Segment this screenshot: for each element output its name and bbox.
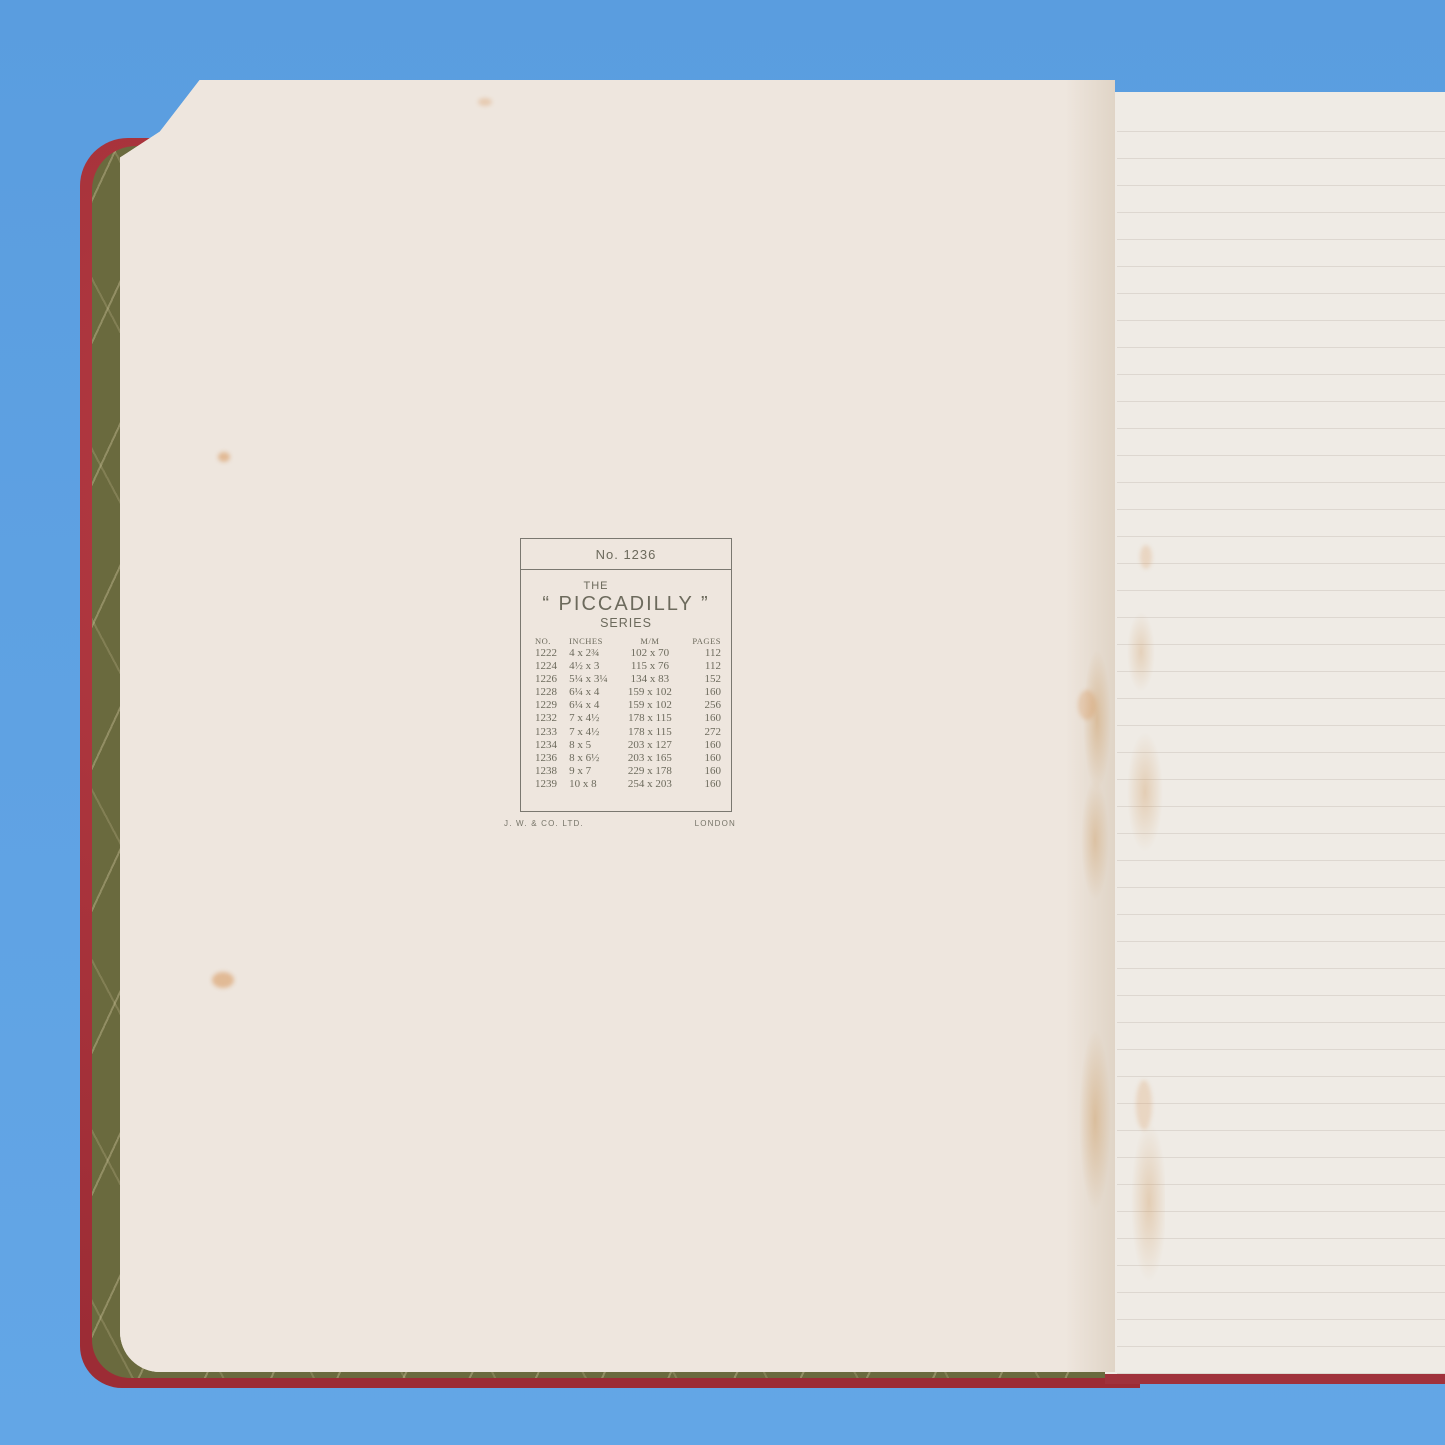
cell-inches: 8 x 6½	[569, 752, 620, 765]
foxing-spot	[478, 98, 492, 106]
cell-inches: 5¼ x 3¼	[569, 673, 620, 686]
cell-inches: 9 x 7	[569, 765, 620, 778]
cell-inches: 8 x 5	[569, 739, 620, 752]
table-row: 123910 x 8254 x 203160	[521, 778, 731, 791]
cell-pages: 256	[679, 699, 731, 712]
size-table: NO. INCHES M/M PAGES 12224 x 2¾102 x 701…	[521, 634, 731, 791]
cell-mm: 203 x 165	[621, 752, 680, 765]
publisher: J. W. & CO. LTD.	[504, 819, 584, 828]
cell-pages: 160	[679, 712, 731, 725]
cell-mm: 159 x 102	[621, 686, 680, 699]
cell-mm: 254 x 203	[621, 778, 680, 791]
table-row: 12296¼ x 4159 x 102256	[521, 699, 731, 712]
city: LONDON	[695, 819, 736, 828]
cell-no: 1232	[521, 712, 569, 725]
foxing-spot	[1136, 1080, 1152, 1130]
catalog-number: No. 1236	[521, 539, 731, 570]
cell-pages: 152	[679, 673, 731, 686]
label-series: SERIES	[521, 616, 731, 630]
table-row: 12368 x 6½203 x 165160	[521, 752, 731, 765]
cell-pages: 160	[679, 686, 731, 699]
cell-pages: 112	[679, 660, 731, 673]
col-mm: M/M	[621, 634, 680, 647]
table-row: 12327 x 4½178 x 115160	[521, 712, 731, 725]
foxing-spot	[1140, 545, 1152, 569]
table-row: 12348 x 5203 x 127160	[521, 739, 731, 752]
table-row: 12389 x 7229 x 178160	[521, 765, 731, 778]
table-row: 12337 x 4½178 x 115272	[521, 726, 731, 739]
cell-pages: 160	[679, 778, 731, 791]
cell-no: 1222	[521, 647, 569, 660]
cell-no: 1229	[521, 699, 569, 712]
cell-mm: 134 x 83	[621, 673, 680, 686]
cell-pages: 160	[679, 752, 731, 765]
cell-inches: 6¼ x 4	[569, 686, 620, 699]
cell-pages: 272	[679, 726, 731, 739]
cell-no: 1239	[521, 778, 569, 791]
imprint: J. W. & CO. LTD. LONDON	[504, 819, 736, 828]
col-no: NO.	[521, 634, 569, 647]
cell-mm: 102 x 70	[621, 647, 680, 660]
cell-inches: 6¼ x 4	[569, 699, 620, 712]
cell-pages: 160	[679, 765, 731, 778]
cell-no: 1233	[521, 726, 569, 739]
cell-pages: 160	[679, 739, 731, 752]
cell-no: 1228	[521, 686, 569, 699]
col-inches: INCHES	[569, 634, 620, 647]
table-row: 12244½ x 3115 x 76112	[521, 660, 731, 673]
cell-no: 1224	[521, 660, 569, 673]
cell-no: 1226	[521, 673, 569, 686]
col-pages: PAGES	[679, 634, 731, 647]
ruled-lines	[1117, 92, 1445, 1374]
notebook-photo: No. 1236 THE “ PICCADILLY ” SERIES NO. I…	[0, 0, 1445, 1445]
cell-pages: 112	[679, 647, 731, 660]
foxing-spot	[1078, 690, 1096, 720]
cell-inches: 7 x 4½	[569, 726, 620, 739]
cell-no: 1234	[521, 739, 569, 752]
cell-mm: 229 x 178	[621, 765, 680, 778]
cell-mm: 159 x 102	[621, 699, 680, 712]
cell-mm: 203 x 127	[621, 739, 680, 752]
cell-inches: 10 x 8	[569, 778, 620, 791]
cell-inches: 4 x 2¾	[569, 647, 620, 660]
cell-mm: 178 x 115	[621, 712, 680, 725]
foxing-spot	[218, 452, 230, 462]
cell-mm: 115 x 76	[621, 660, 680, 673]
label-the: THE	[491, 580, 701, 592]
cell-inches: 4½ x 3	[569, 660, 620, 673]
foxing-spot	[212, 972, 234, 988]
gutter-foxing	[1065, 80, 1115, 1372]
table-row: 12265¼ x 3¼134 x 83152	[521, 673, 731, 686]
cell-no: 1236	[521, 752, 569, 765]
series-name: “ PICCADILLY ”	[521, 592, 731, 616]
table-row: 12224 x 2¾102 x 70112	[521, 647, 731, 660]
lined-page	[1105, 92, 1445, 1384]
cell-inches: 7 x 4½	[569, 712, 620, 725]
table-row: 12286¼ x 4159 x 102160	[521, 686, 731, 699]
cell-mm: 178 x 115	[621, 726, 680, 739]
series-label: No. 1236 THE “ PICCADILLY ” SERIES NO. I…	[520, 538, 732, 812]
cell-no: 1238	[521, 765, 569, 778]
